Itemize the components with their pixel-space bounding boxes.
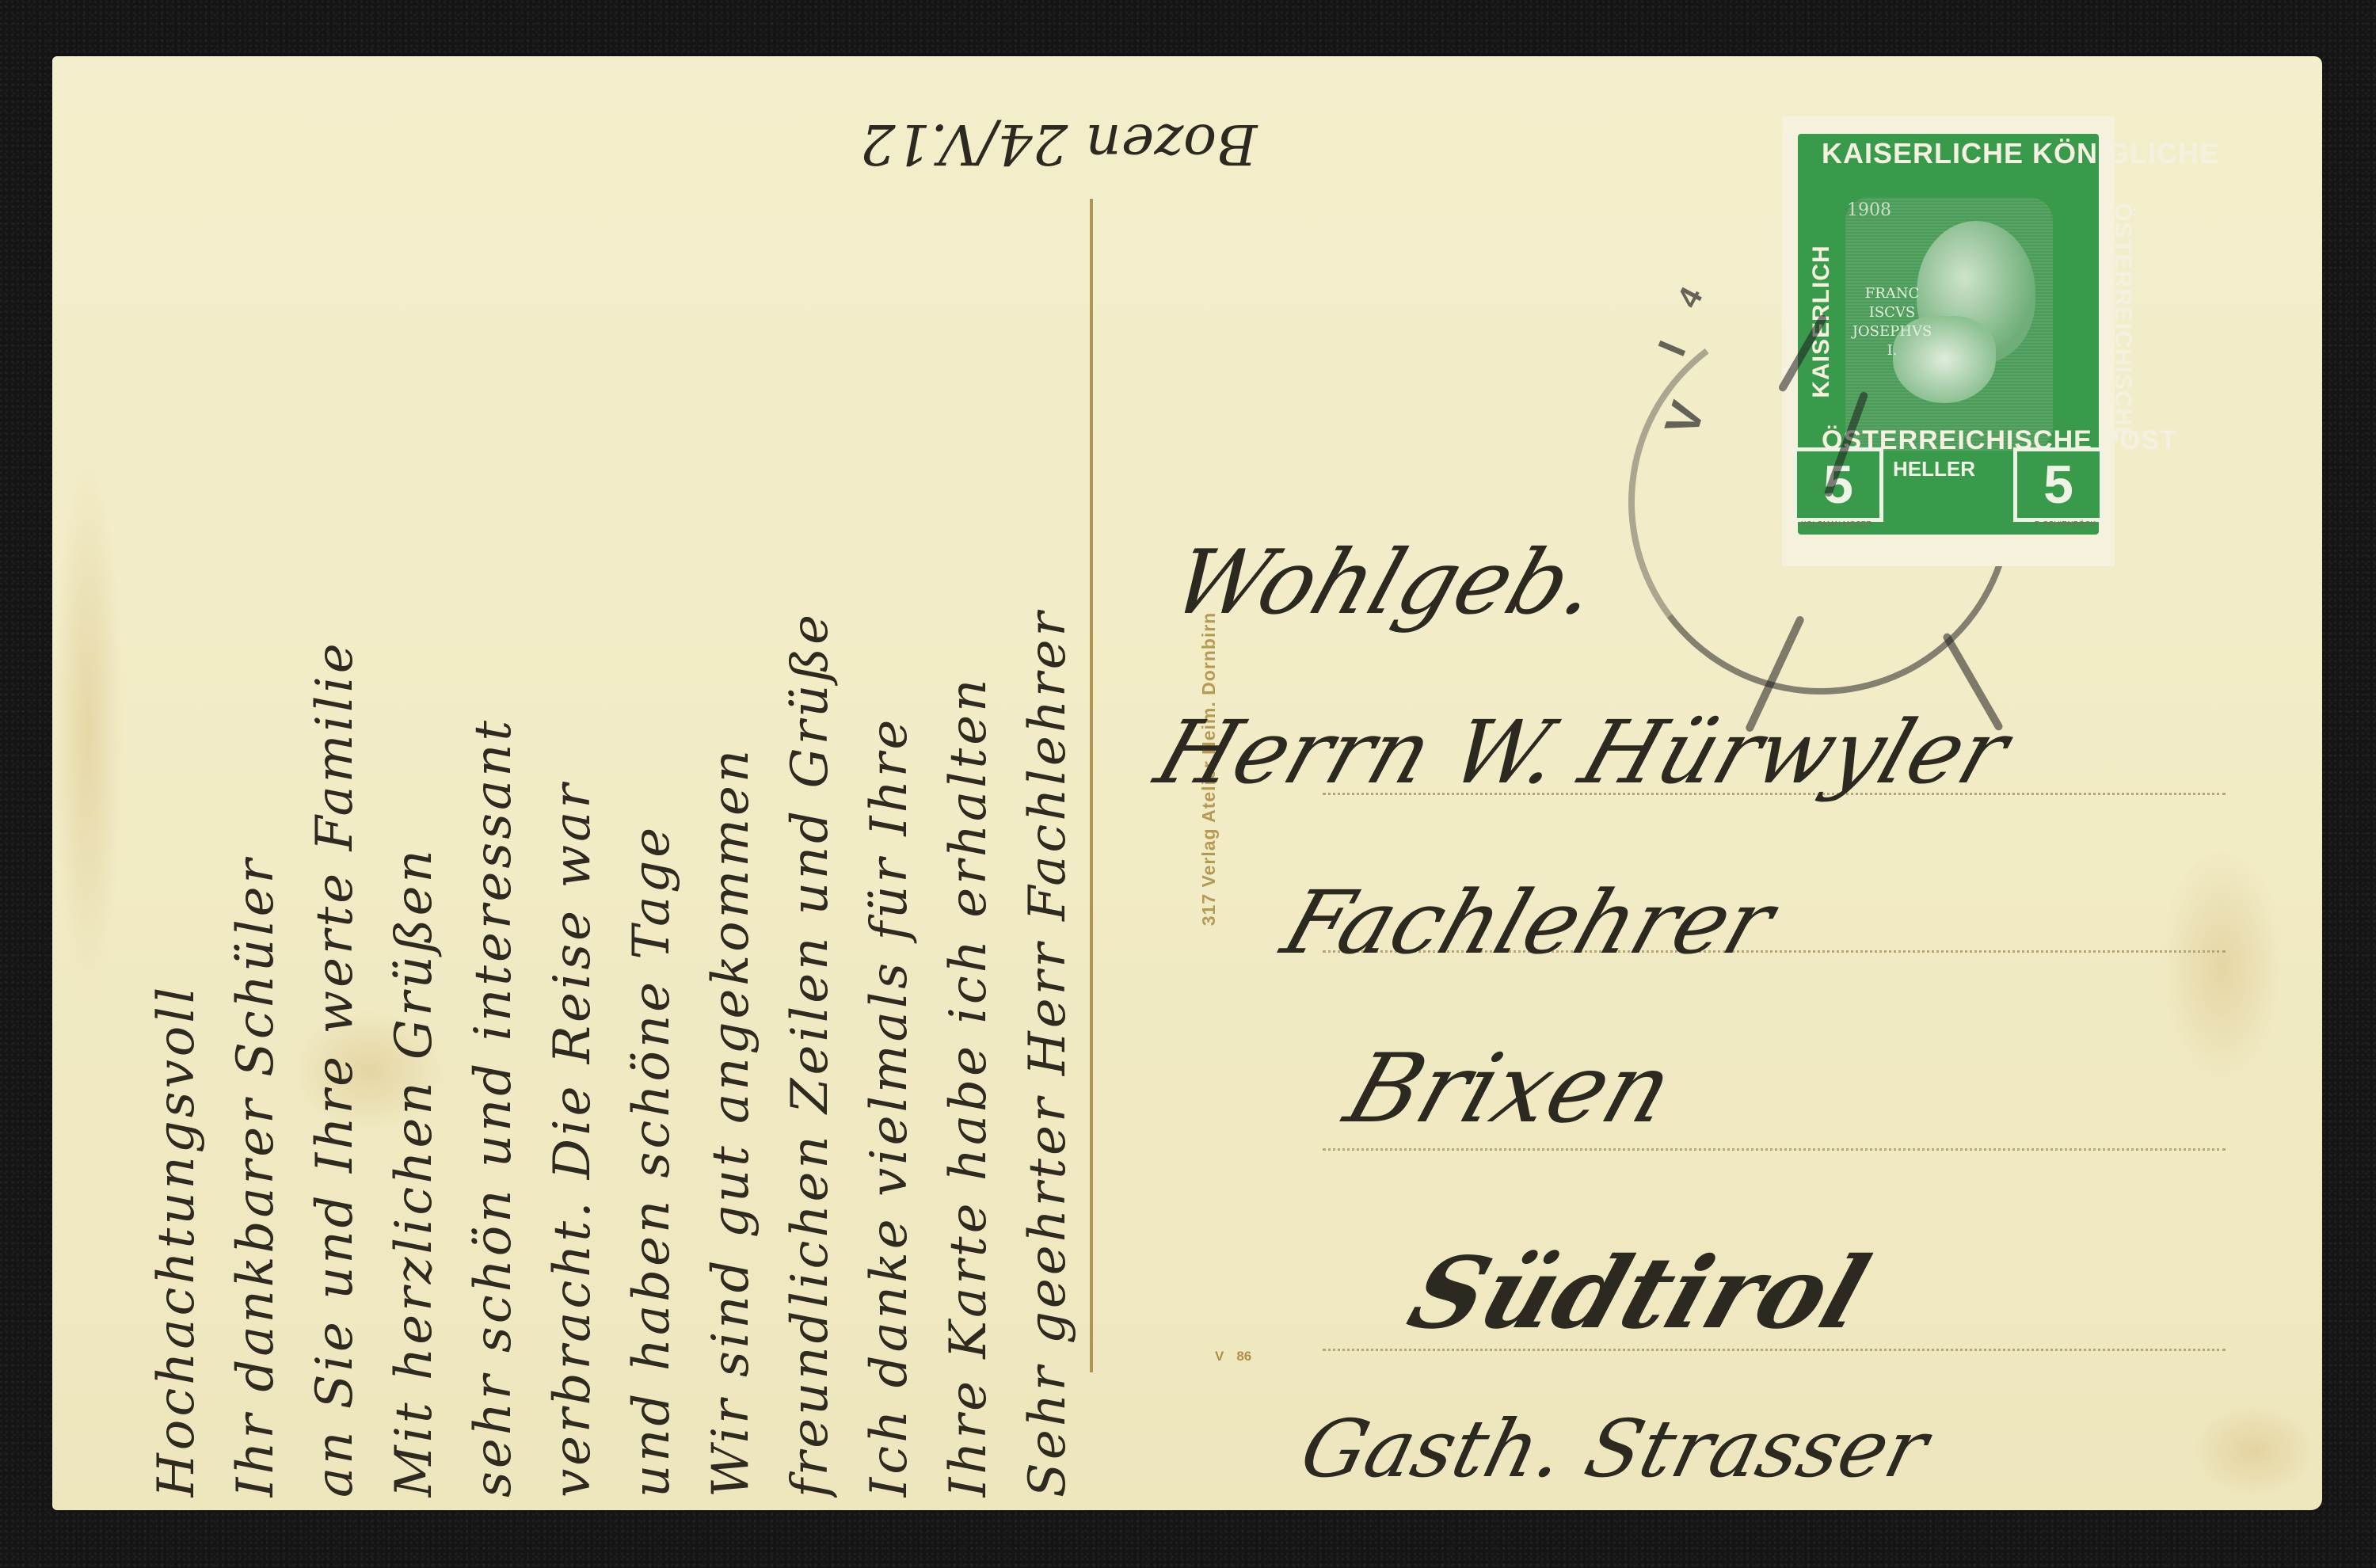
address-line <box>1323 1148 2226 1151</box>
stamp-year: 1908 <box>1847 200 1891 220</box>
stamp-legend: FRANC ISCVS JOSEPHVS I. <box>1849 284 1936 360</box>
address-city: Brixen <box>1333 1034 1685 1144</box>
stamp-designer-imprint: KOLOMAN MOSER <box>1801 520 1871 529</box>
handwritten-message: Sehr geehrter Herr Fachlehrer Ihre Karte… <box>84 151 1066 1498</box>
stamp-text-right: ÖSTERREICHISCHE <box>2109 203 2136 440</box>
message-line: Ihre Karte habe ich erhalten <box>939 151 1003 1498</box>
message-line: Ihr dankbarer Schüler <box>227 151 290 1498</box>
address-title: Fachlehrer <box>1271 872 1786 973</box>
address-salutation: Wohlgeb. <box>1160 531 1612 634</box>
print-code: V86 <box>1215 1349 1264 1364</box>
message-line: freundlichen Zeilen und Grüße <box>781 151 844 1498</box>
message-line: Mit herzlichen Grüßen <box>385 151 448 1498</box>
address-region: Südtirol <box>1396 1236 1881 1351</box>
message-line: sehr schön und interessant <box>464 151 527 1498</box>
address-care-of: Gasth. Strasser <box>1292 1402 1936 1495</box>
address-recipient: Herrn W. Hürwyler <box>1144 702 2020 803</box>
center-divider <box>1090 199 1093 1372</box>
postcard: Bozen 24/V.12 Sehr geehrter Herr Fachleh… <box>52 56 2322 1510</box>
message-line: Sehr geehrter Herr Fachlehrer <box>1019 151 1082 1498</box>
message-line: und haben schöne Tage <box>623 151 686 1498</box>
message-line: an Sie und Ihre werte Familie <box>306 151 369 1498</box>
message-line: Ich danke vielmals für Ihre <box>860 151 923 1498</box>
message-line: Hochachtungsvoll <box>147 151 211 1498</box>
stamp-text-top: KAISERLICHE KÖNIGLICHE <box>1822 137 2091 170</box>
message-line: verbracht. Die Reise war <box>543 151 607 1498</box>
age-stain <box>2159 848 2286 1086</box>
postage-stamp: 1908 FRANC ISCVS JOSEPHVS I. KAISERLICHE… <box>1782 116 2115 566</box>
stamp-value-right: 5 <box>2013 447 2104 522</box>
stamp-engraver-imprint: F. SCHIRNBÖCK <box>2035 520 2096 529</box>
age-stain <box>2191 1402 2317 1498</box>
stamp-unit: HELLER <box>1893 457 1972 481</box>
message-line: Wir sind gut angekommen <box>702 151 765 1498</box>
